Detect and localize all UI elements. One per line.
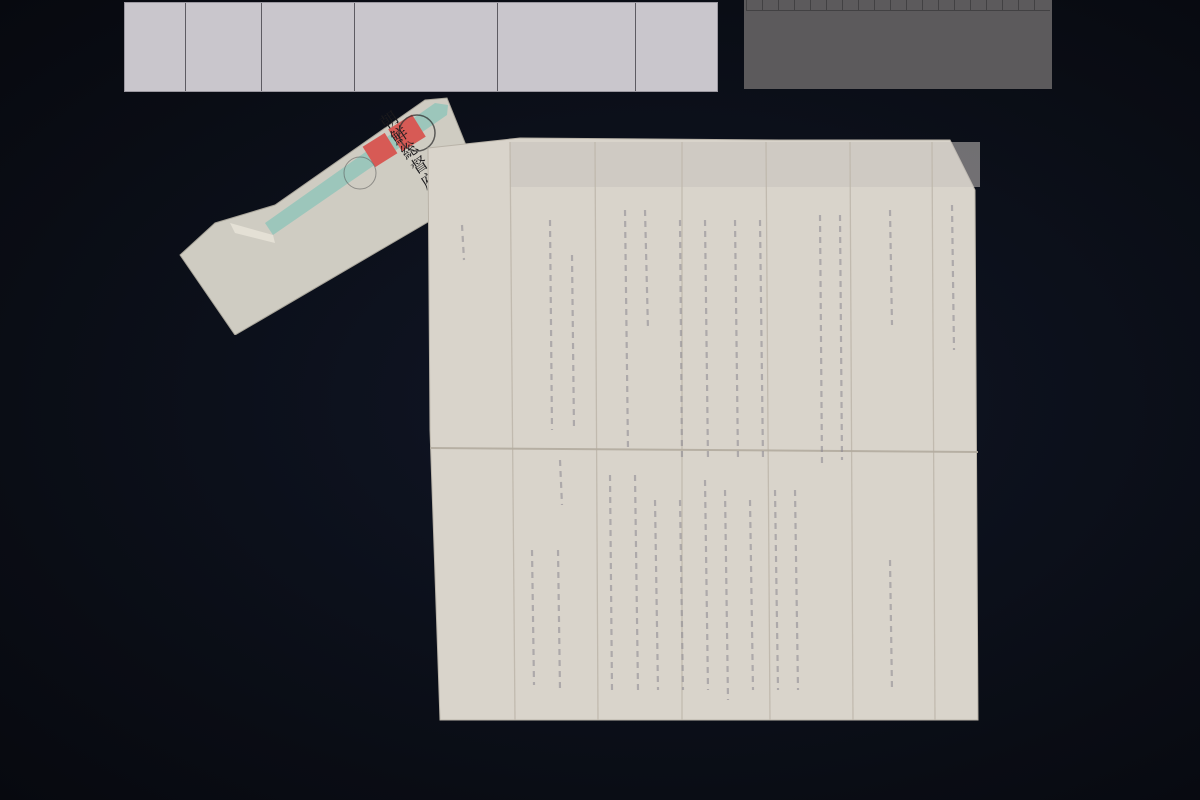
catalog-format (498, 3, 636, 91)
color-patches (747, 34, 1049, 88)
catalog-size (636, 3, 717, 91)
color-control-chart (744, 0, 1052, 89)
centimeter-ruler (746, 0, 1050, 11)
folded-letter (420, 130, 1020, 730)
catalog-number (125, 3, 186, 91)
chart-title (780, 13, 784, 24)
catalog-label-card (124, 2, 718, 92)
catalog-recipient (355, 3, 498, 91)
catalog-sender (262, 3, 355, 91)
catalog-title (186, 3, 262, 91)
letter-illustration (420, 130, 1020, 730)
